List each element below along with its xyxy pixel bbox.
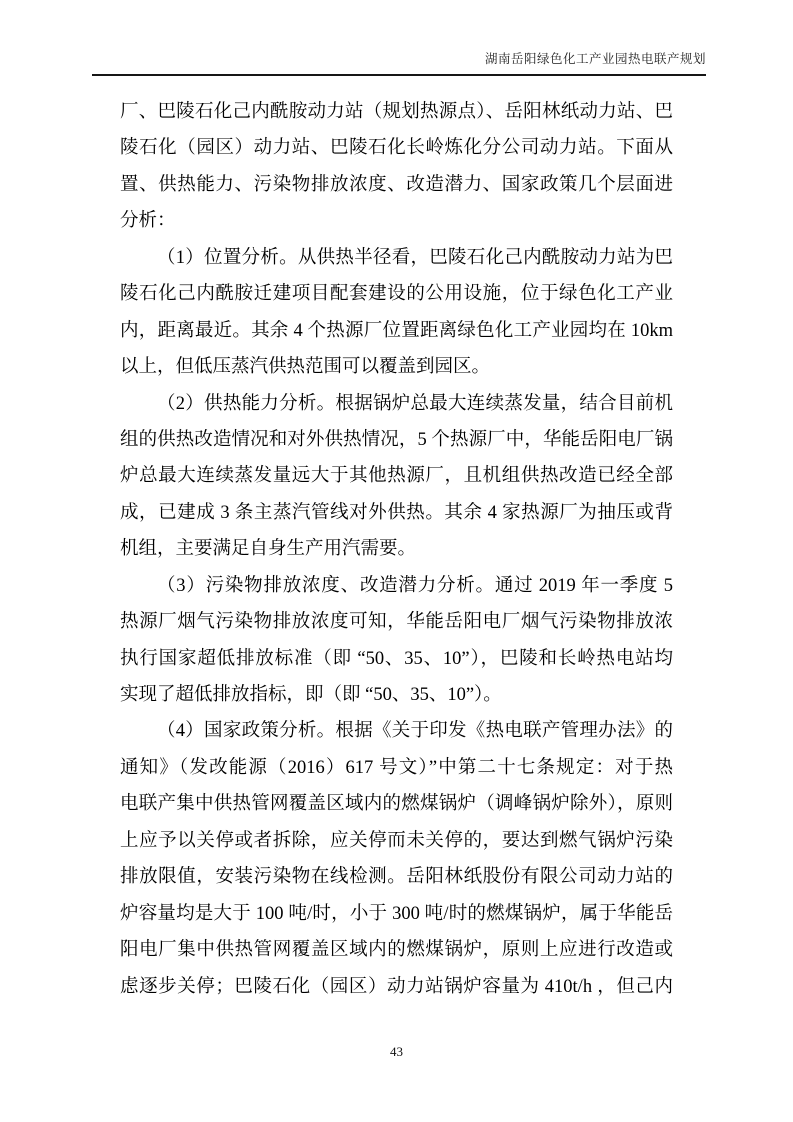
page-number: 43 (0, 1044, 793, 1060)
body-line: 机组，主要满足自身生产用汽需要。 (120, 531, 673, 567)
body-line: 炉总最大连续蒸发量远大于其他热源厂，且机组供热改造已经全部完 (120, 458, 673, 494)
body-line: （2）供热能力分析。根据锅炉总最大连续蒸发量，结合目前机 (120, 386, 673, 422)
document-page: 湖南岳阳绿色化工产业园热电联产规划 厂、巴陵石化己内酰胺动力站（规划热源点）、岳… (0, 0, 793, 1122)
body-line: 成，已建成 3 条主蒸汽管线对外供热。其余 4 家热源厂为抽压或背压 (120, 495, 673, 531)
body-line: 厂、巴陵石化己内酰胺动力站（规划热源点）、岳阳林纸动力站、巴 (120, 94, 673, 130)
body-line: 阳电厂集中供热管网覆盖区域内的燃煤锅炉，原则上应进行改造或考 (120, 932, 673, 968)
paragraph: （1）位置分析。从供热半径看，巴陵石化己内酰胺动力站为巴陵石化己内酰胺迁建项目配… (120, 240, 673, 386)
body-line: （4）国家政策分析。根据《关于印发《热电联产管理办法》的 (120, 713, 673, 749)
body-line: （3）污染物排放浓度、改造潜力分析。通过 2019 年一季度 5 个 (120, 568, 673, 604)
body-line: （1）位置分析。从供热半径看，巴陵石化己内酰胺动力站为巴 (120, 240, 673, 276)
body-line: 分析： (120, 203, 673, 239)
body-line: 执行国家超低排放标准（即 “50、35、10”），巴陵和长岭热电站均 (120, 641, 673, 677)
body-line: 排放限值，安装污染物在线检测。岳阳林纸股份有限公司动力站的锅 (120, 859, 673, 895)
body-line: 组的供热改造情况和对外供热情况，5 个热源厂中，华能岳阳电厂锅 (120, 422, 673, 458)
body-text: 厂、巴陵石化己内酰胺动力站（规划热源点）、岳阳林纸动力站、巴陵石化（园区）动力站… (120, 94, 673, 1005)
paragraph: （2）供热能力分析。根据锅炉总最大连续蒸发量，结合目前机组的供热改造情况和对外供… (120, 386, 673, 568)
paragraph: 厂、巴陵石化己内酰胺动力站（规划热源点）、岳阳林纸动力站、巴陵石化（园区）动力站… (120, 94, 673, 240)
body-line: 陵石化（园区）动力站、巴陵石化长岭炼化分公司动力站。下面从位 (120, 130, 673, 166)
body-line: 虑逐步关停；巴陵石化（园区）动力站锅炉容量为 410t/h ，但己内 (120, 969, 673, 1005)
body-line: 通知》（发改能源（2016）617 号文）”中第二十七条规定：对于热 (120, 750, 673, 786)
body-line: 电联产集中供热管网覆盖区域内的燃煤锅炉（调峰锅炉除外），原则 (120, 786, 673, 822)
paragraph: （4）国家政策分析。根据《关于印发《热电联产管理办法》的通知》（发改能源（201… (120, 713, 673, 1005)
body-line: 实现了超低排放指标，即（即 “50、35、10”）。 (120, 677, 673, 713)
page-header-title: 湖南岳阳绿色化工产业园热电联产规划 (92, 51, 706, 67)
body-line: 热源厂烟气污染物排放浓度可知，华能岳阳电厂烟气污染物排放浓度 (120, 604, 673, 640)
body-line: 陵石化己内酰胺迁建项目配套建设的公用设施，位于绿色化工产业园 (120, 276, 673, 312)
body-line: 以上，但低压蒸汽供热范围可以覆盖到园区。 (120, 349, 673, 385)
body-line: 置、供热能力、污染物排放浓度、改造潜力、国家政策几个层面进行 (120, 167, 673, 203)
paragraph: （3）污染物排放浓度、改造潜力分析。通过 2019 年一季度 5 个热源厂烟气污… (120, 568, 673, 714)
body-line: 上应予以关停或者拆除，应关停而未关停的，要达到燃气锅炉污染物 (120, 823, 673, 859)
body-line: 内，距离最近。其余 4 个热源厂位置距离绿色化工产业园均在 10km (120, 313, 673, 349)
header-rule (92, 74, 706, 76)
body-line: 炉容量均是大于 100 吨/时，小于 300 吨/时的燃煤锅炉，属于华能岳 (120, 896, 673, 932)
